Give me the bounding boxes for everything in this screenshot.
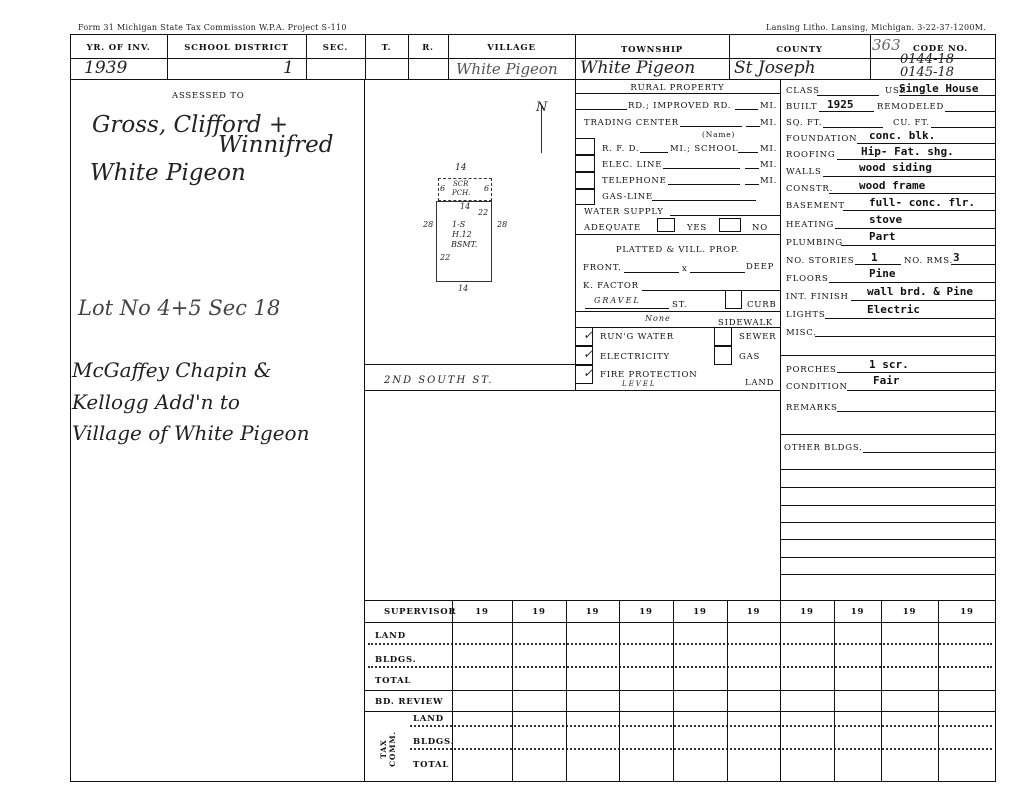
- divider: [619, 600, 620, 782]
- blank-line: [781, 469, 995, 470]
- remodeled-field[interactable]: [945, 111, 995, 112]
- printer-note: Lansing Litho. Lansing, Michigan. 3-22-3…: [766, 23, 986, 32]
- blank-line: [851, 300, 995, 301]
- telephone-label: TELEPHONE: [602, 176, 667, 186]
- blank-line: [738, 152, 758, 153]
- blank-line: [585, 308, 669, 309]
- class-field[interactable]: [817, 95, 879, 96]
- blank-line: [837, 372, 995, 373]
- blank-line: [781, 574, 995, 575]
- blank-line: [640, 152, 668, 153]
- addition-line-1[interactable]: McGaffey Chapin &: [72, 358, 272, 382]
- form-title: Form 31 Michigan State Tax Commission W.…: [78, 23, 347, 32]
- bd-review-label: BD. REVIEW: [375, 697, 443, 707]
- remarks-label: REMARKS: [786, 403, 838, 413]
- mi-school-label: MI.; SCHOOL: [670, 144, 738, 154]
- blank-line: [825, 318, 995, 319]
- blank-line: [829, 282, 995, 283]
- basement-value[interactable]: full- conc. flr.: [869, 196, 975, 209]
- rooms-label: NO. RMS.: [904, 256, 953, 266]
- blank-line: [847, 390, 995, 391]
- adequate-yes-checkbox[interactable]: [657, 218, 675, 232]
- code-line-2[interactable]: 0145-18: [900, 66, 954, 79]
- divider: [834, 600, 835, 782]
- roofing-label: ROOFING: [786, 150, 835, 160]
- condition-value[interactable]: Fair: [873, 374, 900, 387]
- divider: [364, 79, 365, 782]
- county-value[interactable]: St Joseph: [734, 58, 816, 78]
- gas-label: GAS: [739, 352, 760, 362]
- dotted-line: [410, 748, 992, 750]
- sketch-top-dim: 14: [455, 163, 466, 173]
- deep-field[interactable]: [690, 272, 745, 273]
- blank-line: [781, 505, 995, 506]
- adequate-no-checkbox[interactable]: [719, 218, 741, 232]
- gas-line-label: GAS-LINE: [602, 192, 653, 202]
- gas-checkbox[interactable]: [575, 189, 595, 205]
- roofing-value[interactable]: Hip- Fat. shg.: [861, 145, 954, 158]
- land-value[interactable]: LEVEL: [622, 380, 657, 388]
- tax-comm-label: TAX COMM.: [379, 725, 397, 773]
- walls-value[interactable]: wood siding: [859, 161, 932, 174]
- sketch-inner-top: 14: [460, 202, 470, 211]
- foundation-label: FOUNDATION: [786, 134, 857, 144]
- r-label: R.: [408, 43, 448, 53]
- porches-value[interactable]: 1 scr.: [869, 358, 909, 371]
- year-col-10: 19: [938, 607, 996, 617]
- divider: [452, 600, 453, 782]
- curb-checkbox[interactable]: [725, 290, 742, 309]
- divider: [575, 311, 780, 312]
- blank-line: [829, 193, 995, 194]
- rooms-value[interactable]: 3: [953, 251, 960, 264]
- building-details: CLASS USE Single House BUILT 1925 REMODE…: [781, 80, 995, 600]
- divider: [673, 600, 674, 782]
- k-factor-label: K. FACTOR: [583, 281, 639, 291]
- platted-title: PLATTED & VILL. PROP.: [575, 245, 780, 255]
- divider: [566, 600, 567, 782]
- divider: [727, 600, 728, 782]
- other-bldgs-field[interactable]: [863, 452, 995, 453]
- electricity-label: ELECTRICITY: [600, 352, 670, 362]
- name-hint: (Name): [702, 130, 735, 139]
- telephone-checkbox[interactable]: [575, 172, 595, 189]
- year-col-5: 19: [673, 607, 727, 617]
- curb-label: CURB: [747, 300, 777, 310]
- divider: [364, 364, 575, 365]
- walls-label: WALLS: [786, 167, 822, 177]
- divider: [167, 34, 168, 80]
- trading-center-field[interactable]: [680, 126, 742, 127]
- porch-side-left: 6: [440, 184, 445, 193]
- divider: [881, 600, 882, 782]
- divider: [512, 600, 513, 782]
- year-col-7: 19: [780, 607, 834, 617]
- divider: [306, 34, 307, 80]
- blank-line: [899, 95, 995, 96]
- adequate-label: ADEQUATE: [584, 223, 641, 233]
- blank-line: [781, 539, 995, 540]
- assessed-to-label: ASSESSED TO: [172, 91, 245, 101]
- top-row-divider: [70, 58, 996, 59]
- blank-line: [781, 487, 995, 488]
- k-factor-field[interactable]: [642, 290, 780, 291]
- code-prefix: 363: [872, 36, 901, 54]
- cuft-field[interactable]: [931, 127, 995, 128]
- township-label: TOWNSHIP: [575, 45, 729, 55]
- misc-field[interactable]: [815, 336, 995, 337]
- blank-line: [781, 522, 995, 523]
- divider: [575, 234, 780, 235]
- heating-value[interactable]: stove: [869, 213, 902, 226]
- village-label: VILLAGE: [448, 43, 575, 53]
- rfd-checkbox[interactable]: [575, 138, 595, 155]
- porch-label-2: PCH.: [452, 189, 470, 197]
- constr-value[interactable]: wood frame: [859, 179, 925, 192]
- divider: [364, 600, 996, 601]
- water-supply-field[interactable]: [670, 215, 780, 216]
- porch-side-right: 6: [484, 184, 489, 193]
- supervisor-total-label: TOTAL: [375, 676, 411, 686]
- blank-line: [837, 159, 995, 160]
- stories-value[interactable]: 1: [871, 251, 878, 264]
- blank-line: [745, 168, 759, 169]
- township-value[interactable]: White Pigeon: [580, 58, 695, 78]
- running-water-label: RUN'G WATER: [600, 332, 674, 342]
- sketch-left-side: 28: [423, 220, 433, 229]
- county-label: COUNTY: [729, 45, 870, 55]
- blank-line: [652, 200, 756, 201]
- blank-line: [735, 109, 758, 110]
- blank-line: [951, 264, 995, 265]
- blank-line: [745, 184, 759, 185]
- divider: [781, 434, 995, 435]
- year-col-1: 19: [452, 607, 512, 617]
- int-finish-value[interactable]: wall brd. & Pine: [867, 285, 973, 298]
- blank-line: [843, 210, 995, 211]
- village-value[interactable]: White Pigeon: [456, 60, 558, 78]
- dotted-line: [368, 666, 992, 668]
- plumbing-label: PLUMBING: [786, 238, 843, 248]
- blank-line: [835, 228, 995, 229]
- sketch-info-1: 1-S: [452, 220, 465, 229]
- yr-of-inv-value[interactable]: 1939: [84, 58, 127, 78]
- yr-of-inv-label: YR. OF INV.: [70, 43, 167, 53]
- divider: [729, 34, 730, 80]
- divider: [365, 34, 366, 80]
- sqft-label: SQ. FT.: [786, 118, 822, 128]
- school-district-label: SCHOOL DISTRICT: [167, 43, 306, 53]
- year-col-6: 19: [727, 607, 780, 617]
- elec-checkbox[interactable]: [575, 155, 595, 172]
- remarks-field[interactable]: [837, 411, 995, 412]
- year-col-8: 19: [834, 607, 881, 617]
- sqft-field[interactable]: [823, 127, 883, 128]
- tax-comm-bldgs-label: BLDGS.: [413, 737, 454, 747]
- deep-label: DEEP: [746, 262, 774, 272]
- lot-description[interactable]: Lot No 4+5 Sec 18: [78, 296, 280, 320]
- dotted-line: [410, 725, 992, 727]
- int-finish-label: INT. FINISH: [786, 292, 849, 302]
- blank-line: [819, 111, 874, 112]
- supervisor-land-label: LAND: [375, 631, 406, 641]
- yes-label: YES: [687, 223, 707, 233]
- lights-label: LIGHTS: [786, 310, 826, 320]
- class-label: CLASS: [786, 86, 820, 96]
- year-col-9: 19: [881, 607, 938, 617]
- sketch-right-top: 22: [478, 208, 488, 217]
- blank-line: [663, 168, 740, 169]
- running-water-check: ✓: [583, 328, 593, 342]
- sec-label: SEC.: [306, 43, 365, 53]
- supervisor-bldgs-label: BLDGS.: [375, 655, 416, 665]
- school-district-value[interactable]: 1: [283, 58, 294, 78]
- divider: [780, 600, 781, 782]
- foundation-value[interactable]: conc. blk.: [869, 129, 935, 142]
- supervisor-label: SUPERVISOR: [384, 607, 456, 617]
- mi-label: MI.: [760, 118, 777, 128]
- other-bldgs-label: OTHER BLDGS.: [784, 443, 863, 453]
- divider: [364, 711, 996, 712]
- divider: [364, 690, 996, 691]
- addition-line-2[interactable]: Kellogg Add'n to: [72, 390, 240, 414]
- cuft-label: CU. FT.: [893, 118, 930, 128]
- blank-line: [855, 264, 901, 265]
- rural-title: RURAL PROPERTY: [575, 83, 780, 93]
- rd-label: RD.; IMPROVED RD.: [628, 101, 731, 111]
- mi-label: MI.: [760, 101, 777, 111]
- land-label: LAND: [745, 378, 774, 388]
- fire-protection-label: FIRE PROTECTION: [600, 370, 697, 380]
- tax-comm-land-label: LAND: [413, 714, 444, 724]
- divider: [575, 327, 780, 328]
- heating-label: HEATING: [786, 220, 834, 230]
- rfd-label: R. F. D.: [602, 144, 639, 154]
- trading-center-label: TRADING CENTER: [584, 118, 679, 128]
- blank-line: [576, 109, 627, 110]
- mi-label: MI.: [760, 144, 777, 154]
- blank-line: [781, 557, 995, 558]
- built-label: BUILT: [786, 102, 817, 112]
- st-label: ST.: [672, 300, 687, 310]
- blank-line: [746, 126, 760, 127]
- divider: [364, 622, 996, 623]
- electricity-check: ✓: [583, 347, 593, 361]
- blank-line: [668, 184, 740, 185]
- plumbing-value[interactable]: Part: [869, 230, 896, 243]
- no-label: NO: [752, 223, 768, 233]
- front-field[interactable]: [624, 272, 679, 273]
- year-col-2: 19: [512, 607, 566, 617]
- year-col-4: 19: [619, 607, 673, 617]
- divider: [408, 34, 409, 80]
- gas-service-checkbox[interactable]: [714, 346, 732, 365]
- divider: [938, 600, 939, 782]
- use-value[interactable]: Single House: [899, 82, 978, 95]
- divider: [575, 93, 780, 94]
- front-label: FRONT.: [583, 263, 622, 273]
- divider: [448, 34, 449, 80]
- sewer-label: SEWER: [739, 332, 776, 342]
- x-label: x: [682, 264, 688, 274]
- tax-comm-total-label: TOTAL: [413, 760, 449, 770]
- divider: [870, 34, 871, 80]
- owner-line-3[interactable]: White Pigeon: [90, 160, 246, 186]
- basement-label: BASEMENT: [786, 201, 845, 211]
- built-value[interactable]: 1925: [827, 98, 854, 111]
- sketch-left-mid: 22: [440, 253, 450, 262]
- mi-label: MI.: [760, 160, 777, 170]
- stories-label: NO. STORIES: [786, 256, 854, 266]
- divider: [781, 355, 995, 356]
- sketch-info-2: H.12: [452, 230, 472, 239]
- porch-label-1: SCR: [453, 180, 468, 188]
- blank-line: [841, 245, 995, 246]
- elec-line-label: ELEC. LINE: [602, 160, 662, 170]
- lights-value[interactable]: Electric: [867, 303, 920, 316]
- water-supply-label: WATER SUPPLY: [584, 207, 664, 217]
- fire-protection-check: ✓: [583, 366, 593, 380]
- blank-line: [857, 143, 995, 144]
- divider: [364, 390, 780, 391]
- floors-value[interactable]: Pine: [869, 267, 896, 280]
- mi-label: MI.: [760, 176, 777, 186]
- sewer-checkbox[interactable]: [714, 327, 732, 346]
- t-label: T.: [365, 43, 408, 53]
- street-name[interactable]: 2ND SOUTH ST.: [384, 375, 494, 386]
- remodeled-label: REMODELED: [877, 102, 944, 112]
- sketch-bottom-dim: 14: [458, 284, 468, 293]
- sketch-right-side: 28: [497, 220, 507, 229]
- year-col-3: 19: [566, 607, 619, 617]
- street-surface-value[interactable]: GRAVEL: [594, 296, 641, 305]
- addition-line-3[interactable]: Village of White Pigeon: [72, 421, 309, 445]
- sidewalk-value[interactable]: None: [645, 314, 671, 323]
- blank-line: [823, 176, 995, 177]
- owner-line-2[interactable]: Winnifred: [218, 132, 333, 158]
- condition-label: CONDITION: [786, 382, 848, 392]
- divider: [575, 34, 576, 80]
- porches-label: PORCHES: [786, 365, 837, 375]
- dotted-line: [368, 643, 992, 645]
- constr-label: CONSTR.: [786, 184, 833, 194]
- floors-label: FLOORS: [786, 274, 829, 284]
- north-arrow-label: N: [536, 100, 547, 115]
- sketch-info-3: BSMT.: [451, 240, 477, 249]
- misc-label: MISC.: [786, 328, 817, 338]
